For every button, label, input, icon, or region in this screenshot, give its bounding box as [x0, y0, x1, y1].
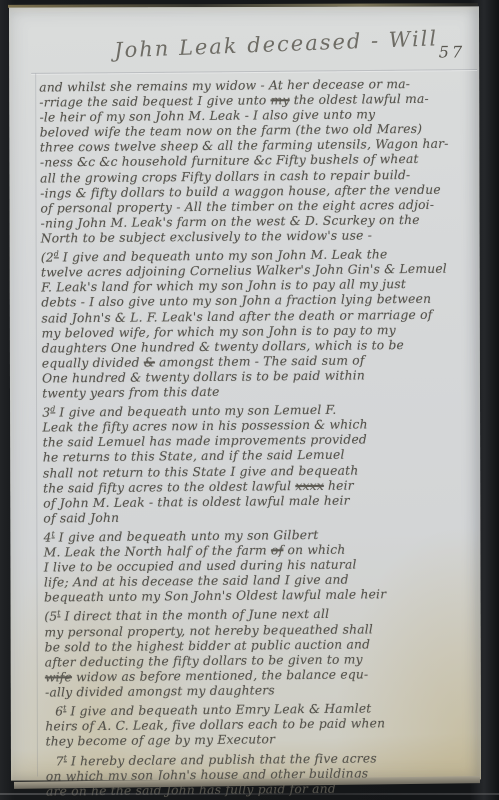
ledger-page: John Leak deceased - Will 57 and whilst … — [9, 6, 481, 780]
header-rule — [31, 69, 477, 74]
page-title: John Leak deceased - Will — [114, 28, 405, 63]
frame-bottom-glint — [0, 793, 499, 795]
margin-crease-line — [35, 74, 38, 777]
page-number: 57 — [439, 42, 465, 61]
document-body: and whilst she remains my widow - At her… — [39, 76, 482, 799]
